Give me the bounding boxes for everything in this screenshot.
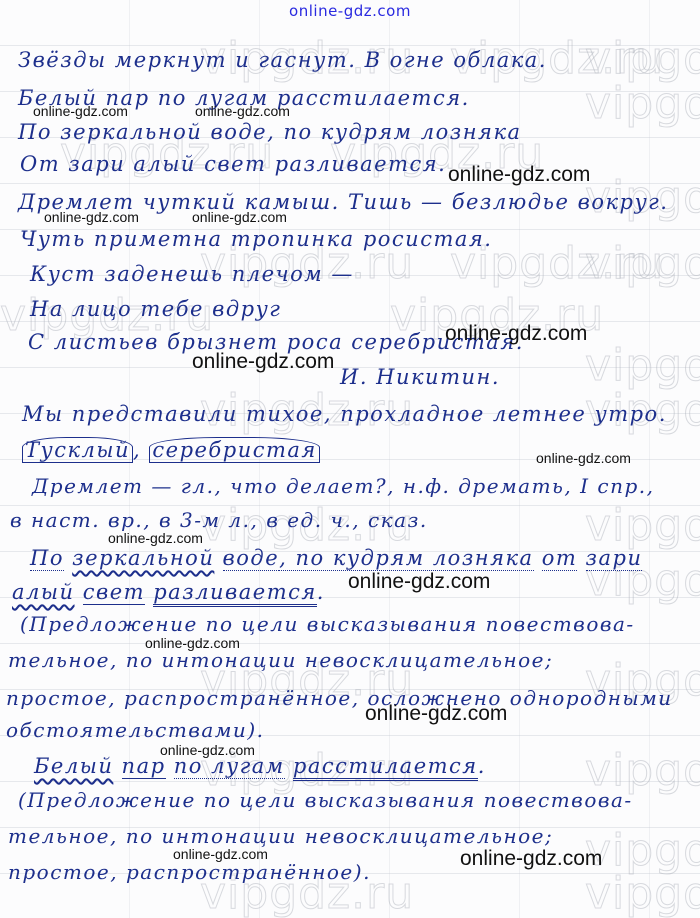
site-watermark: online-gdz.com: [195, 103, 290, 119]
vipgdz-watermark: vipgdz.ru: [585, 340, 700, 391]
adverbial: зари: [586, 546, 643, 571]
site-watermark: online-gdz.com: [173, 846, 268, 862]
description-line: простое, распространённое).: [8, 860, 371, 884]
site-watermark: online-gdz.com: [145, 635, 240, 651]
parsed-sentence-1-line-1: По зеркальной воде, по кудрям лозняка от…: [30, 546, 642, 570]
vipgdz-watermark: vipgdz.ru: [585, 238, 700, 289]
site-watermark: online-gdz.com: [445, 322, 587, 346]
poem-line: Куст заденешь плечом —: [30, 262, 354, 286]
poem-line: От зари алый свет разливается.: [20, 152, 446, 176]
parsed-sentence-1-line-2: алый свет разливается.: [12, 580, 325, 604]
site-watermark: online-gdz.com: [192, 209, 287, 225]
parsed-sentence-2: Белый пар по лугам расстилается.: [34, 754, 486, 778]
description-line: тельное, по интонации невосклицательное;: [8, 648, 553, 672]
top-site-watermark: online-gdz.com: [0, 2, 700, 20]
attribute: Белый: [34, 754, 113, 778]
site-watermark: online-gdz.com: [448, 163, 590, 187]
verb-parse-line: в наст. вр., в 3-м л., в ед. ч., сказ.: [10, 508, 428, 532]
poem-line: По зеркальной воде, по кудрям лозняка: [18, 120, 522, 144]
poem-line: Чуть приметна тропинка росистая.: [20, 227, 492, 251]
description-line: простое, распространённое, осложнено одн…: [6, 686, 673, 710]
site-watermark: online-gdz.com: [44, 209, 139, 225]
subject: пар: [122, 754, 166, 779]
predicate: разливается: [153, 580, 317, 607]
site-watermark: online-gdz.com: [536, 450, 631, 466]
period: .: [478, 754, 486, 778]
homework-page: vipgdz.ru vipgdz.ru vipgdz.ru vipgdz.ru …: [0, 0, 700, 918]
description-line: обстоятельствами).: [6, 718, 264, 742]
adverbial: воде: [223, 546, 280, 571]
vipgdz-watermark: vipgdz.ru: [585, 868, 700, 918]
summary-sentence: Мы представили тихое, прохладное летнее …: [22, 402, 667, 426]
adverbial: от: [542, 546, 578, 571]
site-watermark: online-gdz.com: [33, 103, 128, 119]
predicate: расстилается: [293, 754, 478, 781]
site-watermark: online-gdz.com: [160, 742, 255, 758]
subject: свет: [83, 580, 145, 605]
preposition: По: [30, 546, 64, 571]
site-watermark: online-gdz.com: [460, 847, 602, 871]
attribute: алый: [12, 580, 75, 604]
vipgdz-watermark: vipgdz.ru: [585, 500, 700, 551]
adverbial: , по кудрям лозняка: [279, 546, 533, 571]
poem-line: Звёзды меркнут и гаснут. В огне облака.: [18, 48, 547, 72]
site-watermark: online-gdz.com: [108, 530, 203, 546]
description-line: (Предложение по цели высказывания повест…: [20, 612, 635, 636]
word-parse-line: Тусклый, серебристая: [22, 438, 320, 462]
vipgdz-watermark: vipgdz.ru: [585, 33, 700, 84]
verb-parse-line: Дремлет — гл., что делает?, н.ф. дремать…: [32, 474, 655, 498]
period: .: [317, 580, 325, 604]
morpheme-word-1: Тусклый: [22, 437, 133, 463]
description-line: тельное, по интонации невосклицательное;: [8, 824, 553, 848]
poem-author: И. Никитин.: [340, 365, 500, 389]
vipgdz-watermark: vipgdz.ru: [585, 78, 700, 129]
adjective-modifier: зеркальной: [72, 546, 214, 570]
site-watermark: online-gdz.com: [365, 702, 507, 726]
description-line: (Предложение по цели высказывания повест…: [18, 788, 633, 812]
morpheme-word-2: серебристая: [149, 437, 319, 463]
poem-line: На лицо тебе вдруг: [30, 297, 281, 321]
separator: ,: [133, 438, 141, 462]
site-watermark: online-gdz.com: [348, 570, 490, 594]
site-watermark: online-gdz.com: [192, 350, 334, 374]
